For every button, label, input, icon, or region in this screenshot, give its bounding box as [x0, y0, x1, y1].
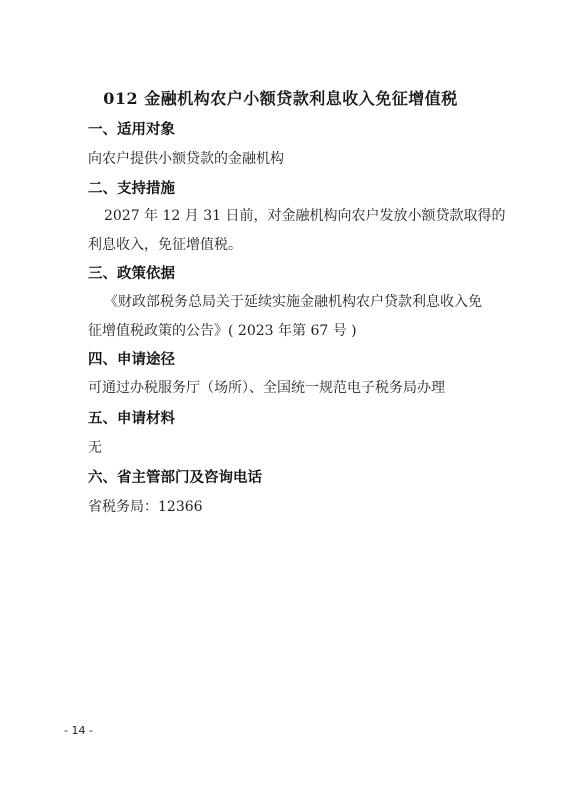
section-heading-application-materials: 五、申请材料: [88, 407, 175, 428]
section-text-application-materials: 无: [88, 437, 102, 457]
document-title: 012 金融机构农户小额贷款利息收入免征增值税: [0, 86, 561, 109]
section-heading-contact: 六、省主管部门及咨询电话: [88, 466, 262, 487]
section-heading-support-measures: 二、支持措施: [88, 177, 175, 198]
section-text-support-measures-line-1: 2027 年 12 月 31 日前，对金融机构向农户发放小额贷款取得的: [104, 205, 506, 225]
document-page: 012 金融机构农户小额贷款利息收入免征增值税 一、适用对象 向农户提供小额贷款…: [0, 0, 561, 793]
section-heading-policy-basis: 三、政策依据: [88, 262, 175, 283]
section-text-contact: 省税务局：12366: [88, 496, 203, 516]
page-number: - 14 -: [64, 724, 93, 737]
section-heading-application-channels: 四、申请途径: [88, 348, 175, 369]
section-text-application-channels: 可通过办税服务厅（场所）、全国统一规范电子税务局办理: [88, 377, 445, 397]
section-text-policy-basis-line-2: 征增值税政策的公告》( 2023 年第 67 号 ): [88, 320, 357, 340]
section-text-policy-basis-line-1: 《财政部税务总局关于延续实施金融机构农户贷款利息收入免: [104, 291, 482, 311]
section-heading-applicable-objects: 一、适用对象: [88, 118, 175, 139]
section-text-support-measures-line-2: 利息收入，免征增值税。: [88, 234, 242, 254]
section-text-applicable-objects: 向农户提供小额贷款的金融机构: [88, 148, 284, 168]
